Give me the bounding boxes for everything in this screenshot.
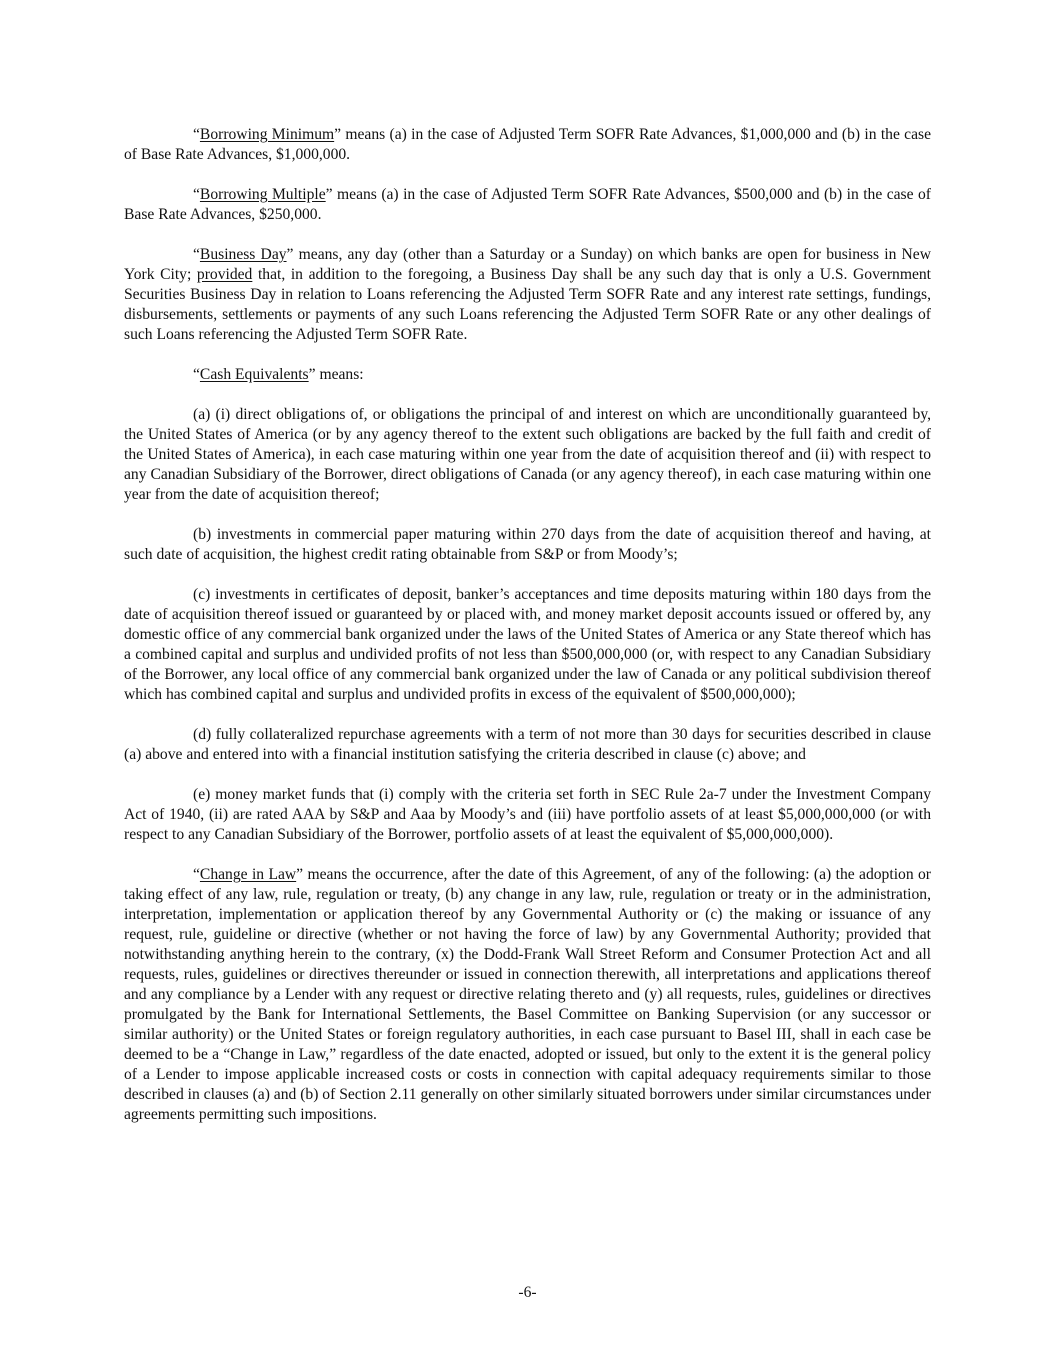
definition-text: ” means the occurrence, after the date o… [124, 866, 931, 1123]
definition-business-day: “Business Day” means, any day (other tha… [124, 245, 931, 345]
open-quote: “ [193, 126, 200, 143]
document-page: “Borrowing Minimum” means (a) in the cas… [124, 125, 931, 1145]
definition-change-in-law: “Change in Law” means the occurrence, af… [124, 865, 931, 1125]
open-quote: “ [193, 366, 200, 383]
cash-equivalents-clause-d: (d) fully collateralized repurchase agre… [124, 725, 931, 765]
definition-text: ” means: [309, 366, 364, 383]
cash-equivalents-clause-e: (e) money market funds that (i) comply w… [124, 785, 931, 845]
definition-cash-equivalents: “Cash Equivalents” means: [124, 365, 931, 385]
cash-equivalents-clause-b: (b) investments in commercial paper matu… [124, 525, 931, 565]
open-quote: “ [193, 246, 200, 263]
definition-borrowing-minimum: “Borrowing Minimum” means (a) in the cas… [124, 125, 931, 165]
defined-term: Business Day [200, 246, 287, 263]
proviso-term: provided [197, 266, 252, 283]
defined-term: Cash Equivalents [200, 366, 309, 383]
defined-term: Change in Law [200, 866, 296, 883]
defined-term: Borrowing Minimum [200, 126, 334, 143]
page-number: -6- [0, 1284, 1055, 1302]
cash-equivalents-clause-a: (a) (i) direct obligations of, or obliga… [124, 405, 931, 505]
defined-term: Borrowing Multiple [200, 186, 326, 203]
definition-borrowing-multiple: “Borrowing Multiple” means (a) in the ca… [124, 185, 931, 225]
open-quote: “ [193, 186, 200, 203]
open-quote: “ [193, 866, 200, 883]
cash-equivalents-clause-c: (c) investments in certificates of depos… [124, 585, 931, 705]
